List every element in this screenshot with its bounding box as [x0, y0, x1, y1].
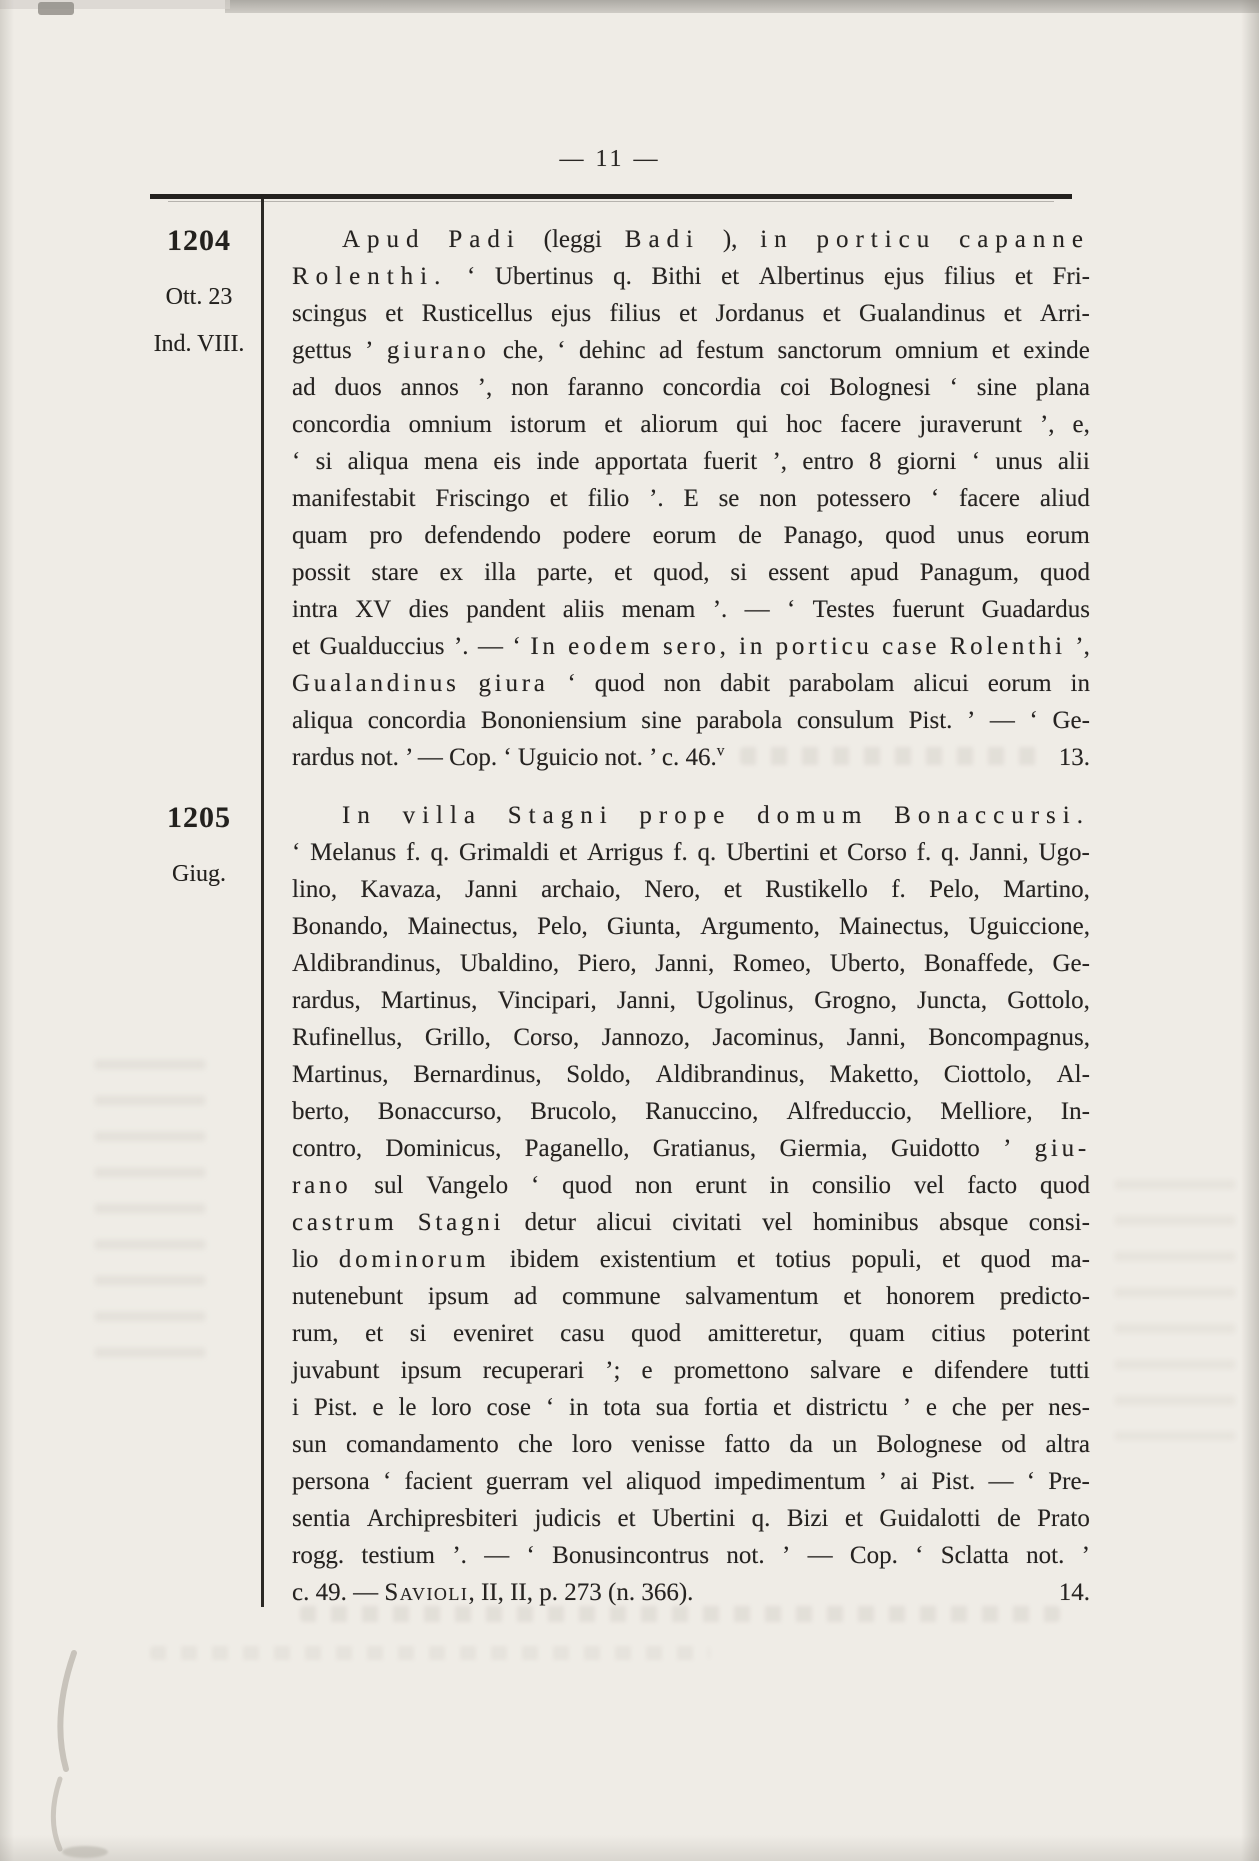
word: facto — [967, 1167, 1017, 1204]
word: Gualduccius — [320, 628, 445, 665]
word: ‘ — [915, 1537, 923, 1574]
word: possit — [292, 554, 350, 591]
word: menam — [622, 591, 696, 628]
word: In — [530, 628, 558, 665]
word: ‘ — [546, 1389, 554, 1426]
word: comandamento — [346, 1426, 499, 1463]
word: et — [843, 1278, 861, 1315]
word: Pist. — [314, 1389, 358, 1426]
word: ’, — [772, 443, 787, 480]
word: aliqua — [292, 702, 353, 739]
word: ipsum — [401, 1352, 462, 1389]
word: f. — [917, 834, 932, 871]
word: Pelo, — [929, 871, 980, 908]
word: eorum — [653, 517, 717, 554]
word: absque — [939, 1204, 1008, 1241]
word: parabola — [696, 702, 782, 739]
word: potessero — [817, 480, 911, 517]
word: et — [773, 1389, 791, 1426]
word: Bonaccursi. — [894, 797, 1090, 834]
text-line: juvabuntipsumrecuperari’;epromettonosalv… — [292, 1352, 1090, 1389]
word: manifestabit — [292, 480, 416, 517]
word: giorni — [897, 443, 957, 480]
word: not. — [726, 1537, 764, 1574]
text-line: scingusetRusticellusejusfiliusetJordanus… — [292, 295, 1090, 332]
word: Pre- — [1048, 1463, 1090, 1500]
word: commune — [562, 1278, 661, 1315]
word: eveniret — [453, 1315, 534, 1352]
word: in — [1071, 665, 1090, 702]
word: Vangelo — [426, 1167, 508, 1204]
word: ’, — [1040, 406, 1055, 443]
word: aliquod — [626, 1463, 701, 1500]
word: ’ — [1082, 1537, 1090, 1574]
word: ad — [659, 332, 683, 369]
word: juraverunt — [919, 406, 1022, 443]
word: In — [342, 797, 377, 834]
word: hominibus — [813, 1204, 919, 1241]
word: quod — [595, 665, 645, 702]
word: filius — [610, 295, 661, 332]
doc-number: 13. — [1059, 739, 1090, 776]
word: ‘ — [527, 1537, 535, 1574]
word: ), — [723, 221, 738, 258]
word: honorem — [886, 1278, 975, 1315]
word: gettus — [292, 332, 352, 369]
word: coi — [780, 369, 811, 406]
word: Paganello, — [525, 1130, 630, 1167]
word: berto, — [292, 1093, 350, 1130]
word: et — [823, 295, 841, 332]
word: Guadardus — [982, 591, 1090, 628]
text-line: liodominorumibidemexistentiumettotiuspop… — [292, 1241, 1090, 1278]
word: Ubaldino, — [460, 945, 559, 982]
word: Testes — [813, 591, 875, 628]
word: et — [942, 1241, 960, 1278]
word: se — [719, 480, 740, 517]
word: sua — [656, 1389, 689, 1426]
word: festum — [696, 332, 764, 369]
word: Guidotto — [891, 1130, 980, 1167]
word: detur — [525, 1204, 576, 1241]
word: promettono — [674, 1352, 789, 1389]
word: entro — [802, 443, 853, 480]
word: non — [759, 480, 797, 517]
word: nutenebunt — [292, 1278, 403, 1315]
word: ‘ — [1030, 702, 1038, 739]
word: Argumento, — [700, 908, 820, 945]
word: consi- — [1029, 1204, 1090, 1241]
word: apportata — [595, 443, 688, 480]
word: apud — [850, 554, 899, 591]
word: quam — [292, 517, 348, 554]
word: consilio — [812, 1167, 891, 1204]
word: Pist. — [932, 1463, 976, 1500]
word: sine — [641, 702, 681, 739]
word: populi, — [851, 1241, 921, 1278]
text-line: Rolenthi.‘Ubertinusq.BithietAlbertinusej… — [292, 258, 1090, 295]
entry-date-label: Ind. VIII. — [118, 329, 280, 359]
text-line: Gualandinusgiura‘quodnondabitparabolamal… — [292, 665, 1090, 702]
word: In- — [1061, 1093, 1090, 1130]
word: dabit — [720, 665, 770, 702]
word: contro, — [292, 1130, 362, 1167]
word: Gratianus, — [653, 1130, 756, 1167]
word: Jordanus — [715, 295, 804, 332]
word: alicui — [596, 1204, 652, 1241]
word: Panago, — [784, 517, 864, 554]
word: ‘ — [513, 628, 521, 665]
word: ‘ — [557, 332, 565, 369]
word: recuperari — [483, 1352, 584, 1389]
word: Janni, — [970, 834, 1029, 871]
word: et — [559, 834, 577, 871]
entry-margin-block: 1204Ott. 23Ind. VIII. — [118, 224, 280, 376]
word: Aldibrandinus, — [656, 1056, 805, 1093]
word: Prato — [1037, 1500, 1090, 1537]
word: capanne — [959, 221, 1090, 258]
word: eorum — [1026, 517, 1090, 554]
word: non — [635, 1167, 673, 1204]
word: in — [569, 1389, 588, 1426]
word: et — [385, 295, 403, 332]
word: Pelo, — [537, 908, 588, 945]
word: et — [737, 1241, 755, 1278]
word: civitati — [672, 1204, 741, 1241]
word: ’. — [649, 480, 664, 517]
word: e — [902, 1352, 913, 1389]
word: ’. — [713, 591, 728, 628]
word: ad — [292, 369, 316, 406]
word: scingus — [292, 295, 367, 332]
word: unus — [957, 517, 1004, 554]
word: Janni, — [617, 982, 676, 1019]
word: casu — [560, 1315, 604, 1352]
word: podere — [563, 517, 631, 554]
word: non — [511, 369, 549, 406]
word: predicto- — [1000, 1278, 1090, 1315]
word: qui — [736, 406, 768, 443]
scan-artifact — [38, 2, 74, 15]
word: ma- — [1051, 1241, 1090, 1278]
word: sun — [292, 1426, 327, 1463]
word: rum, — [292, 1315, 339, 1352]
text-line: ‘sialiquamenaeisindeapportatafuerit’,ent… — [292, 443, 1090, 480]
word: ‘ — [931, 480, 939, 517]
word: cose — [487, 1389, 531, 1426]
word: — — [484, 1537, 509, 1574]
word: Archipresbiteri — [367, 1500, 518, 1537]
word: et — [1004, 295, 1022, 332]
word: Bonando, — [292, 908, 389, 945]
text-line: Aldibrandinus,Ubaldino,Piero,Janni,Romeo… — [292, 945, 1090, 982]
word: non — [664, 665, 702, 702]
word: case — [882, 628, 940, 665]
word: Grogno, — [814, 982, 897, 1019]
word: quod — [562, 1167, 612, 1204]
entry-date-label: Ott. 23 — [118, 282, 280, 312]
word: si — [410, 1315, 427, 1352]
word: Rusticellus — [422, 295, 533, 332]
word: Giermia, — [779, 1130, 867, 1167]
word: Al- — [1057, 1056, 1090, 1093]
word: et — [721, 258, 739, 295]
text-line: rum,etsieveniretcasuquodamitteretur,quam… — [292, 1315, 1090, 1352]
word: Janni — [465, 871, 518, 908]
word: Dominicus, — [385, 1130, 501, 1167]
reference-segment: v — [717, 743, 725, 760]
word: Giunta, — [607, 908, 681, 945]
word: et — [819, 834, 837, 871]
word: not. — [1026, 1537, 1064, 1574]
word: Ubertini — [726, 834, 809, 871]
word: pandent — [466, 591, 545, 628]
word: si — [730, 554, 747, 591]
word: Boncompagnus, — [928, 1019, 1090, 1056]
text-line: iPist.elelorocose‘intotasuafortiaetdistr… — [292, 1389, 1090, 1426]
word: f. — [406, 834, 421, 871]
word: sentia — [292, 1500, 350, 1537]
page-number: — 11 — — [130, 146, 1090, 173]
word: vel — [914, 1167, 945, 1204]
word: et — [614, 554, 632, 591]
word: et — [1015, 258, 1033, 295]
page-edge-shadow — [0, 0, 14, 1861]
word: districtu — [806, 1389, 888, 1426]
entry-year-label: 1204 — [118, 224, 280, 258]
word: defendendo — [424, 517, 541, 554]
word: ejus — [551, 295, 591, 332]
word: Arri- — [1040, 295, 1090, 332]
word: f. — [891, 871, 906, 908]
word: si — [316, 443, 333, 480]
word: Ge- — [1052, 702, 1089, 739]
word: dominorum — [339, 1241, 489, 1278]
text-line: manifestabitFriscingoetfilio’.Esenonpote… — [292, 480, 1090, 517]
scanned-page: — 11 — 1204Ott. 23Ind. VIII.1205Giug. Ap… — [0, 0, 1259, 1861]
word: — — [808, 1537, 833, 1574]
word: ai — [900, 1463, 918, 1500]
word: ’. — [452, 1537, 467, 1574]
word: Bonaffede, — [924, 945, 1034, 982]
word: tota — [603, 1389, 641, 1426]
word: Gualandinus — [859, 295, 985, 332]
word: alii — [1058, 443, 1090, 480]
word: in — [770, 1167, 789, 1204]
word: rardus, — [292, 982, 361, 1019]
ink-bleed-artifact — [150, 1646, 710, 1660]
word: archaio, — [541, 871, 621, 908]
word: alicui — [913, 665, 969, 702]
word: prope — [639, 797, 731, 834]
word: Piero, — [578, 945, 637, 982]
reference-segment: Savioli — [384, 1579, 468, 1606]
word: Uguiccione, — [968, 908, 1089, 945]
word: Soldo, — [566, 1056, 631, 1093]
text-line: etGualduccius’.—‘Ineodemsero,inporticuca… — [292, 628, 1090, 665]
word: giu- — [1035, 1130, 1090, 1167]
word: facient — [404, 1463, 472, 1500]
word: Fri- — [1052, 258, 1090, 295]
word: Rufinellus, — [292, 1019, 402, 1056]
word: Arrigus — [587, 834, 663, 871]
word: Bolognese — [877, 1426, 983, 1463]
word: Corso — [847, 834, 907, 871]
word: et — [679, 295, 697, 332]
word: loro — [572, 1426, 612, 1463]
word: tutti — [1050, 1352, 1090, 1389]
word: lino, — [292, 871, 337, 908]
word: intra — [292, 591, 338, 628]
word: Mainectus, — [408, 908, 518, 945]
word: pro — [369, 517, 402, 554]
word: ‘ — [467, 258, 475, 295]
word: fortia — [704, 1389, 758, 1426]
text-line: nutenebuntipsumadcommunesalvamentumethon… — [292, 1278, 1090, 1315]
word: dehinc — [579, 332, 646, 369]
word: Nero, — [644, 871, 700, 908]
word: Pist. — [909, 702, 953, 739]
word: q. — [752, 1500, 771, 1537]
word: Rustikello — [765, 871, 868, 908]
word: parte, — [537, 554, 593, 591]
text-line: ranosulVangelo‘quodnoneruntinconsiliovel… — [292, 1167, 1090, 1204]
word: rano — [292, 1167, 351, 1204]
word: ’ — [879, 1463, 887, 1500]
word: ‘ — [787, 591, 795, 628]
word: che — [952, 1389, 987, 1426]
word: facere — [959, 480, 1020, 517]
entry-date-label: Giug. — [118, 859, 280, 889]
word: existentium — [600, 1241, 717, 1278]
word: ’ — [782, 1537, 790, 1574]
word: domum — [757, 797, 868, 834]
word: loro — [431, 1389, 471, 1426]
word: mena — [424, 443, 478, 480]
word: — — [745, 591, 770, 628]
word: Janni, — [655, 945, 714, 982]
word: ‘ — [1027, 1463, 1035, 1500]
reference-text: rardus not. ’ — Cop. ‘ Uguicio not. ’ c.… — [292, 739, 724, 776]
word: per — [1001, 1389, 1033, 1426]
word: ’ — [903, 1389, 911, 1426]
word: Ge- — [1052, 945, 1089, 982]
word: aliis — [563, 591, 605, 628]
word: ’ — [1003, 1130, 1011, 1167]
word: filio — [588, 480, 630, 517]
page-edge-shadow — [0, 1835, 1259, 1861]
word: et — [618, 1500, 636, 1537]
word: villa — [403, 797, 482, 834]
word: Ugo- — [1038, 834, 1089, 871]
word: ejus — [884, 258, 924, 295]
word: castrum — [292, 1204, 397, 1241]
scan-edge-strip — [0, 0, 230, 9]
word: et — [550, 480, 568, 517]
word: Cop. — [850, 1537, 898, 1574]
word: et — [365, 1315, 383, 1352]
ink-bleed-artifact — [95, 1060, 205, 1380]
word: e — [642, 1352, 653, 1389]
scan-edge-strip — [225, 0, 1259, 13]
word: persona — [292, 1463, 370, 1500]
word: XV — [355, 591, 391, 628]
word: Padi — [448, 221, 520, 258]
word: E — [683, 480, 698, 517]
word: (leggi — [544, 221, 602, 258]
word: Bithi — [651, 258, 701, 295]
word: consulum — [797, 702, 894, 739]
word: Aldibrandinus, — [292, 945, 441, 982]
word: Badi — [625, 221, 700, 258]
text-line: InvillaStagnipropedomumBonaccursi. — [292, 797, 1090, 834]
word: essent — [768, 554, 829, 591]
word: q. — [613, 258, 632, 295]
word: citius — [931, 1315, 985, 1352]
pen-mark-artifact — [30, 1645, 130, 1855]
word: ‘ — [568, 665, 576, 702]
word: eorum — [988, 665, 1052, 702]
word: quod — [631, 1315, 681, 1352]
word: Ugolinus, — [696, 982, 794, 1019]
word: salvamentum — [685, 1278, 818, 1315]
word: dies — [409, 591, 449, 628]
word: Kavaza, — [360, 871, 441, 908]
word: sul — [374, 1167, 403, 1204]
word: plana — [1036, 369, 1090, 406]
word: Apud — [342, 221, 426, 258]
text-line: c. 49. — Savioli, II, II, p. 273 (n. 366… — [292, 1574, 1090, 1611]
word: inde — [536, 443, 579, 480]
word: ’, — [1075, 628, 1090, 665]
word: exinde — [1023, 332, 1090, 369]
word: Bonaccurso, — [378, 1093, 502, 1130]
word: et — [604, 406, 622, 443]
word: Sclatta — [941, 1537, 1009, 1574]
word: ’ — [967, 702, 975, 739]
text-line: contro,Dominicus,Paganello,Gratianus,Gie… — [292, 1130, 1090, 1167]
ink-bleed-artifact — [1115, 1180, 1235, 1440]
text-line: ‘Melanusf.q.GrimaldietArrigusf.q.Ubertin… — [292, 834, 1090, 871]
word: unus — [995, 443, 1042, 480]
word: Jacominus, — [712, 1019, 824, 1056]
word: de — [738, 517, 762, 554]
word: altra — [1046, 1426, 1090, 1463]
word: et — [724, 871, 742, 908]
word: Bononiensium — [481, 702, 627, 739]
word: totius — [775, 1241, 831, 1278]
word: ibidem — [510, 1241, 579, 1278]
word: ‘ — [950, 369, 958, 406]
word: Martino, — [1003, 871, 1090, 908]
page-edge-shadow — [1241, 0, 1259, 1861]
text-line: adduosannos’,nonfarannoconcordiacoiBolog… — [292, 369, 1090, 406]
word: aliqua — [348, 443, 409, 480]
word: erunt — [695, 1167, 746, 1204]
text-line: persona‘facientguerramvelaliquodimpedime… — [292, 1463, 1090, 1500]
word: Panagum, — [920, 554, 1019, 591]
word: in — [760, 221, 793, 258]
word: Ranuccino, — [645, 1093, 758, 1130]
word: che, — [503, 332, 544, 369]
word: quod — [981, 1241, 1031, 1278]
word: illa — [484, 554, 516, 591]
word: annos — [401, 369, 459, 406]
word: ipsum — [428, 1278, 489, 1315]
word: Martinus, — [381, 982, 478, 1019]
word: fatto — [724, 1426, 770, 1463]
word: Janni, — [847, 1019, 906, 1056]
